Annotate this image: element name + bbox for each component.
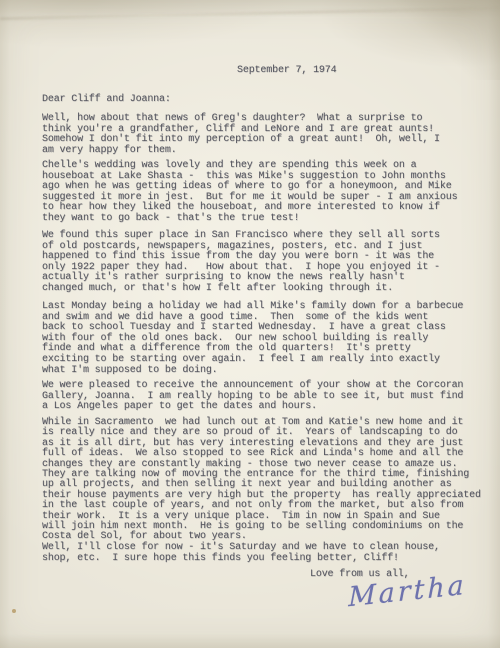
letter-paragraph: Well, how about that news of Greg's daug… [42, 114, 440, 156]
letter-page: September 7, 1974 Dear Cliff and Joanna:… [0, 0, 500, 648]
letter-paragraph: Chelle's wedding was lovely and they are… [42, 161, 457, 225]
paper-corner-shade [380, 0, 500, 80]
letter-paragraph: Last Monday being a holiday we had all M… [42, 302, 463, 376]
letter-date: September 7, 1974 [237, 66, 336, 77]
letter-salutation: Dear Cliff and Joanna: [42, 95, 171, 106]
paper-stain [12, 609, 16, 613]
letter-paragraph: We found this super place in San Francis… [42, 231, 440, 295]
letter-paragraph: We were pleased to receive the announcem… [42, 381, 463, 413]
letter-paragraph: Well, I'll close for now - it's Saturday… [42, 543, 440, 564]
letter-paragraph: While in Sacramento we had lunch out at … [42, 418, 481, 543]
